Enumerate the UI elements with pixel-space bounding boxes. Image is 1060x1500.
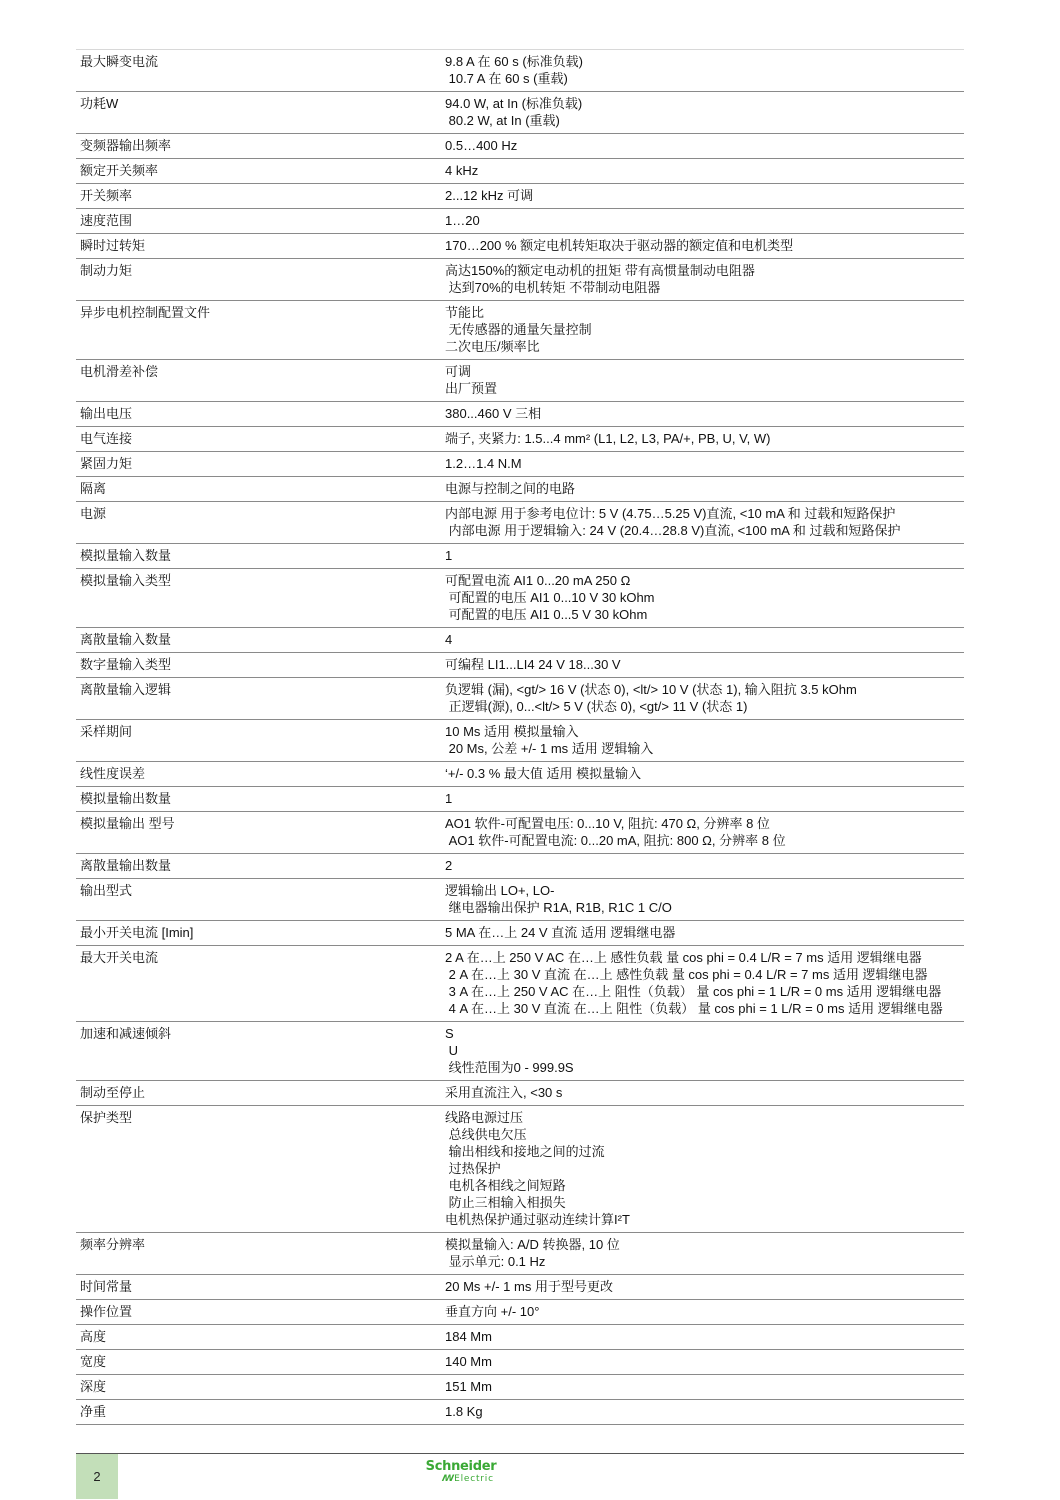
spec-label: 功耗W: [76, 95, 445, 129]
spec-row: 制动力矩高达150%的额定电动机的扭矩 带有高惯量制动电阻器 达到70%的电机转…: [76, 259, 964, 301]
spec-row: 操作位置垂直方向 +/- 10°: [76, 1300, 964, 1325]
spec-row: 开关频率2...12 kHz 可调: [76, 184, 964, 209]
spec-label: 制动力矩: [76, 262, 445, 296]
spec-label: 变频器输出频率: [76, 137, 445, 154]
spec-label: 电源: [76, 505, 445, 539]
spec-row: 模拟量输出数量1: [76, 787, 964, 812]
spec-row: 最小开关电流 [Imin]5 MA 在…上 24 V 直流 适用 逻辑继电器: [76, 921, 964, 946]
spec-row: 线性度误差‘+/- 0.3 % 最大值 适用 模拟量输入: [76, 762, 964, 787]
spec-row: 净重1.8 Kg: [76, 1400, 964, 1425]
spec-label: 隔离: [76, 480, 445, 497]
spec-row: 电气连接端子, 夹紧力: 1.5...4 mm² (L1, L2, L3, PA…: [76, 427, 964, 452]
spec-value: AO1 软件-可配置电压: 0...10 V, 阻抗: 470 Ω, 分辨率 8…: [445, 815, 964, 849]
spec-value: 节能比 无传感器的通量矢量控制 二次电压/频率比: [445, 304, 964, 355]
spec-row: 离散量输入逻辑负逻辑 (漏), <gt/> 16 V (状态 0), <lt/>…: [76, 678, 964, 720]
spec-value: 4 kHz: [445, 162, 964, 179]
spec-row: 隔离电源与控制之间的电路: [76, 477, 964, 502]
spec-value: 可调 出厂预置: [445, 363, 964, 397]
spec-value: 1.8 Kg: [445, 1403, 964, 1420]
spec-value: 逻辑输出 LO+, LO- 继电器输出保护 R1A, R1B, R1C 1 C/…: [445, 882, 964, 916]
page-number: 2: [76, 1454, 118, 1499]
spec-label: 离散量输入数量: [76, 631, 445, 648]
spec-value: 1: [445, 547, 964, 564]
spec-value: 2: [445, 857, 964, 874]
spec-value: 端子, 夹紧力: 1.5...4 mm² (L1, L2, L3, PA/+, …: [445, 430, 964, 447]
spec-label: 高度: [76, 1328, 445, 1345]
logo-sub-text: Electric: [454, 1474, 494, 1484]
spec-row: 电机滑差补偿可调 出厂预置: [76, 360, 964, 402]
spec-value: 内部电源 用于参考电位计: 5 V (4.75…5.25 V)直流, <10 m…: [445, 505, 964, 539]
spec-value: 140 Mm: [445, 1353, 964, 1370]
spec-row: 离散量输入数量4: [76, 628, 964, 653]
spec-row: 加速和减速倾斜S U 线性范围为0 - 999.9S: [76, 1022, 964, 1081]
spec-label: 最大开关电流: [76, 949, 445, 1017]
spec-label: 模拟量输出数量: [76, 790, 445, 807]
spec-value: 20 Ms +/- 1 ms 用于型号更改: [445, 1278, 964, 1295]
spec-value: 151 Mm: [445, 1378, 964, 1395]
spec-label: 加速和减速倾斜: [76, 1025, 445, 1076]
spec-label: 操作位置: [76, 1303, 445, 1320]
spec-label: 模拟量输出 型号: [76, 815, 445, 849]
spec-value: 电源与控制之间的电路: [445, 480, 964, 497]
spec-label: 额定开关频率: [76, 162, 445, 179]
spec-value: 2...12 kHz 可调: [445, 187, 964, 204]
spec-row: 频率分辨率模拟量输入: A/D 转换器, 10 位 显示单元: 0.1 Hz: [76, 1233, 964, 1275]
spec-label: 电气连接: [76, 430, 445, 447]
spec-row: 制动至停止采用直流注入, <30 s: [76, 1081, 964, 1106]
spec-value: 1…20: [445, 212, 964, 229]
spec-label: 紧固力矩: [76, 455, 445, 472]
page-footer: 2 Schneider ꟿElectric: [76, 1453, 964, 1499]
spec-row: 模拟量输出 型号AO1 软件-可配置电压: 0...10 V, 阻抗: 470 …: [76, 812, 964, 854]
spec-label: 模拟量输入数量: [76, 547, 445, 564]
spec-row: 速度范围1…20: [76, 209, 964, 234]
spec-row: 额定开关频率4 kHz: [76, 159, 964, 184]
spec-row: 瞬时过转矩170…200 % 额定电机转矩取决于驱动器的额定值和电机类型: [76, 234, 964, 259]
spec-label: 保护类型: [76, 1109, 445, 1228]
spec-row: 变频器输出频率0.5…400 Hz: [76, 134, 964, 159]
spec-label: 输出型式: [76, 882, 445, 916]
spec-row: 深度151 Mm: [76, 1375, 964, 1400]
spec-label: 输出电压: [76, 405, 445, 422]
spec-row: 最大瞬变电流9.8 A 在 60 s (标准负载) 10.7 A 在 60 s …: [76, 50, 964, 92]
spec-row: 功耗W94.0 W, at In (标准负载) 80.2 W, at In (重…: [76, 92, 964, 134]
spec-row: 数字量输入类型可编程 LI1...LI4 24 V 18...30 V: [76, 653, 964, 678]
spec-label: 离散量输入逻辑: [76, 681, 445, 715]
spec-row: 保护类型线路电源过压 总线供电欠压 输出相线和接地之间的过流 过热保护 电机各相…: [76, 1106, 964, 1233]
spec-label: 模拟量输入类型: [76, 572, 445, 623]
spec-label: 线性度误差: [76, 765, 445, 782]
spec-label: 最小开关电流 [Imin]: [76, 924, 445, 941]
spec-value: 负逻辑 (漏), <gt/> 16 V (状态 0), <lt/> 10 V (…: [445, 681, 964, 715]
schneider-electric-logo: Schneider ꟿElectric: [421, 1460, 501, 1490]
spec-value: 可编程 LI1...LI4 24 V 18...30 V: [445, 656, 964, 673]
spec-row: 采样期间10 Ms 适用 模拟量输入 20 Ms, 公差 +/- 1 ms 适用…: [76, 720, 964, 762]
spec-value: 184 Mm: [445, 1328, 964, 1345]
spec-label: 制动至停止: [76, 1084, 445, 1101]
spec-value: 模拟量输入: A/D 转换器, 10 位 显示单元: 0.1 Hz: [445, 1236, 964, 1270]
spec-label: 采样期间: [76, 723, 445, 757]
spec-label: 速度范围: [76, 212, 445, 229]
logo-sub: ꟿElectric: [421, 1474, 501, 1484]
spec-value: 9.8 A 在 60 s (标准负载) 10.7 A 在 60 s (重载): [445, 53, 964, 87]
spec-label: 数字量输入类型: [76, 656, 445, 673]
spec-value: 10 Ms 适用 模拟量输入 20 Ms, 公差 +/- 1 ms 适用 逻辑输…: [445, 723, 964, 757]
logo-mark-icon: ꟿ: [442, 1474, 454, 1484]
spec-label: 宽度: [76, 1353, 445, 1370]
spec-row: 异步电机控制配置文件节能比 无传感器的通量矢量控制 二次电压/频率比: [76, 301, 964, 360]
logo-brand-text: Schneider: [421, 1460, 501, 1474]
spec-row: 紧固力矩1.2…1.4 N.M: [76, 452, 964, 477]
spec-value: 380...460 V 三相: [445, 405, 964, 422]
spec-value: 170…200 % 额定电机转矩取决于驱动器的额定值和电机类型: [445, 237, 964, 254]
spec-value: 垂直方向 +/- 10°: [445, 1303, 964, 1320]
spec-value: 采用直流注入, <30 s: [445, 1084, 964, 1101]
spec-label: 电机滑差补偿: [76, 363, 445, 397]
spec-value: 线路电源过压 总线供电欠压 输出相线和接地之间的过流 过热保护 电机各相线之间短…: [445, 1109, 964, 1228]
spec-row: 宽度140 Mm: [76, 1350, 964, 1375]
spec-label: 异步电机控制配置文件: [76, 304, 445, 355]
spec-value: 可配置电流 AI1 0...20 mA 250 Ω 可配置的电压 AI1 0..…: [445, 572, 964, 623]
spec-label: 深度: [76, 1378, 445, 1395]
spec-row: 模拟量输入类型可配置电流 AI1 0...20 mA 250 Ω 可配置的电压 …: [76, 569, 964, 628]
spec-row: 最大开关电流2 A 在…上 250 V AC 在…上 感性负载 量 cos ph…: [76, 946, 964, 1022]
spec-label: 最大瞬变电流: [76, 53, 445, 87]
spec-label: 净重: [76, 1403, 445, 1420]
spec-row: 离散量输出数量2: [76, 854, 964, 879]
spec-value: ‘+/- 0.3 % 最大值 适用 模拟量输入: [445, 765, 964, 782]
spec-value: 0.5…400 Hz: [445, 137, 964, 154]
spec-label: 时间常量: [76, 1278, 445, 1295]
spec-value: S U 线性范围为0 - 999.9S: [445, 1025, 964, 1076]
spec-value: 1.2…1.4 N.M: [445, 455, 964, 472]
spec-value: 94.0 W, at In (标准负载) 80.2 W, at In (重载): [445, 95, 964, 129]
spec-row: 时间常量20 Ms +/- 1 ms 用于型号更改: [76, 1275, 964, 1300]
spec-label: 瞬时过转矩: [76, 237, 445, 254]
spec-label: 频率分辨率: [76, 1236, 445, 1270]
spec-value: 4: [445, 631, 964, 648]
spec-row: 输出型式逻辑输出 LO+, LO- 继电器输出保护 R1A, R1B, R1C …: [76, 879, 964, 921]
spec-value: 1: [445, 790, 964, 807]
spec-row: 高度184 Mm: [76, 1325, 964, 1350]
spec-value: 5 MA 在…上 24 V 直流 适用 逻辑继电器: [445, 924, 964, 941]
spec-value: 2 A 在…上 250 V AC 在…上 感性负载 量 cos phi = 0.…: [445, 949, 964, 1017]
spec-row: 输出电压380...460 V 三相: [76, 402, 964, 427]
spec-row: 电源内部电源 用于参考电位计: 5 V (4.75…5.25 V)直流, <10…: [76, 502, 964, 544]
spec-label: 离散量输出数量: [76, 857, 445, 874]
spec-value: 高达150%的额定电动机的扭矩 带有高惯量制动电阻器 达到70%的电机转矩 不带…: [445, 262, 964, 296]
spec-label: 开关频率: [76, 187, 445, 204]
spec-row: 模拟量输入数量1: [76, 544, 964, 569]
spec-table: 最大瞬变电流9.8 A 在 60 s (标准负载) 10.7 A 在 60 s …: [76, 49, 964, 1425]
